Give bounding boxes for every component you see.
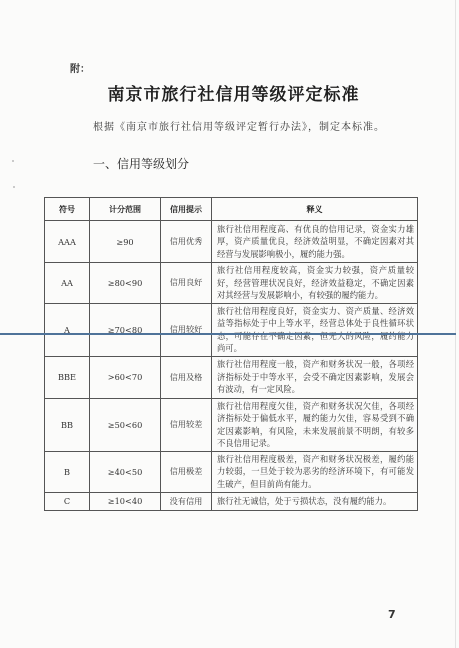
cell-hint: 信用良好 xyxy=(161,263,212,304)
table-header-row: 符号 计分范围 信用提示 释义 xyxy=(45,198,418,221)
cell-range: ≥10<40 xyxy=(90,492,161,510)
cell-range: ≥80<90 xyxy=(90,263,161,304)
cell-definition: 旅行社信用程度较高，资金实力较强，资产质量较好，经营管理状况良好，经济效益稳定，… xyxy=(212,263,418,304)
scan-speck xyxy=(13,186,15,188)
cell-hint: 信用及格 xyxy=(161,356,212,398)
table-row: AA ≥80<90 信用良好 旅行社信用程度较高，资金实力较强，资产质量较好，经… xyxy=(45,263,418,304)
header-score-range: 计分范围 xyxy=(90,198,161,221)
cell-hint: 没有信用 xyxy=(161,492,212,510)
cell-symbol: BB xyxy=(45,398,90,451)
cell-symbol: A xyxy=(45,303,90,356)
cell-definition: 旅行社信用程度极差，资产和财务状况极差，履约能力较弱，一旦处于较为恶劣的经济环境… xyxy=(212,451,418,492)
cell-range: >60<70 xyxy=(90,356,161,398)
cell-symbol: BBE xyxy=(45,356,90,398)
cell-hint: 信用优秀 xyxy=(161,221,212,263)
cell-definition: 旅行社信用程度一般，资产和财务状况一般，各项经济指标处于中等水平，会受不确定因素… xyxy=(212,356,418,398)
header-credit-hint: 信用提示 xyxy=(161,198,212,221)
table-row: B ≥40<50 信用极差 旅行社信用程度极差，资产和财务状况极差，履约能力较弱… xyxy=(45,451,418,492)
cell-symbol: C xyxy=(45,492,90,510)
table-row: BB ≥50<60 信用较差 旅行社信用程度欠佳，资产和财务状况欠佳，各项经济指… xyxy=(45,398,418,451)
cell-range: ≥70<80 xyxy=(90,303,161,356)
cell-hint: 信用极差 xyxy=(161,451,212,492)
table-row: AAA ≥90 信用优秀 旅行社信用程度高、有优良的信用记录，资金实力雄厚，资产… xyxy=(45,221,418,263)
cell-symbol: AA xyxy=(45,263,90,304)
cell-hint: 信用较差 xyxy=(161,398,212,451)
attachment-label: 附： xyxy=(70,60,90,75)
section-heading: 一、信用等级划分 xyxy=(93,155,189,172)
cell-definition: 旅行社信用程度高、有优良的信用记录，资金实力雄厚，资产质量优良，经济效益明显，不… xyxy=(212,221,418,263)
table-row: A ≥70<80 信用较好 旅行社信用程度良好，资金实力、资产质量、经济效益等指… xyxy=(45,303,418,356)
cell-hint: 信用较好 xyxy=(161,303,212,356)
cell-symbol: AAA xyxy=(45,221,90,263)
header-definition: 释义 xyxy=(212,198,418,221)
cell-definition: 旅行社信用程度欠佳，资产和财务状况欠佳，各项经济指标处于偏低水平，履约能力欠佳，… xyxy=(212,398,418,451)
cell-symbol: B xyxy=(45,451,90,492)
cell-range: ≥50<60 xyxy=(90,398,161,451)
page-number: 7 xyxy=(388,608,396,621)
cell-range: ≥40<50 xyxy=(90,451,161,492)
table-row: C ≥10<40 没有信用 旅行社无诚信，处于亏损状态，没有履约能力。 xyxy=(45,492,418,510)
document-title: 南京市旅行社信用等级评定标准 xyxy=(0,80,459,105)
scan-speck xyxy=(12,160,14,162)
table-row: BBE >60<70 信用及格 旅行社信用程度一般，资产和财务状况一般，各项经济… xyxy=(45,356,418,398)
credit-grade-table: 符号 计分范围 信用提示 释义 AAA ≥90 信用优秀 旅行社信用程度高、有优… xyxy=(44,197,418,511)
header-symbol: 符号 xyxy=(45,198,90,221)
scan-artifact-line xyxy=(0,333,456,335)
cell-definition: 旅行社无诚信，处于亏损状态，没有履约能力。 xyxy=(212,492,418,510)
cell-definition: 旅行社信用程度良好，资金实力、资产质量、经济效益等指标处于中上等水平，经营总体处… xyxy=(212,303,418,356)
intro-paragraph: 根据《南京市旅行社信用等级评定暂行办法》，制定本标准。 xyxy=(93,118,385,133)
cell-range: ≥90 xyxy=(90,221,161,263)
